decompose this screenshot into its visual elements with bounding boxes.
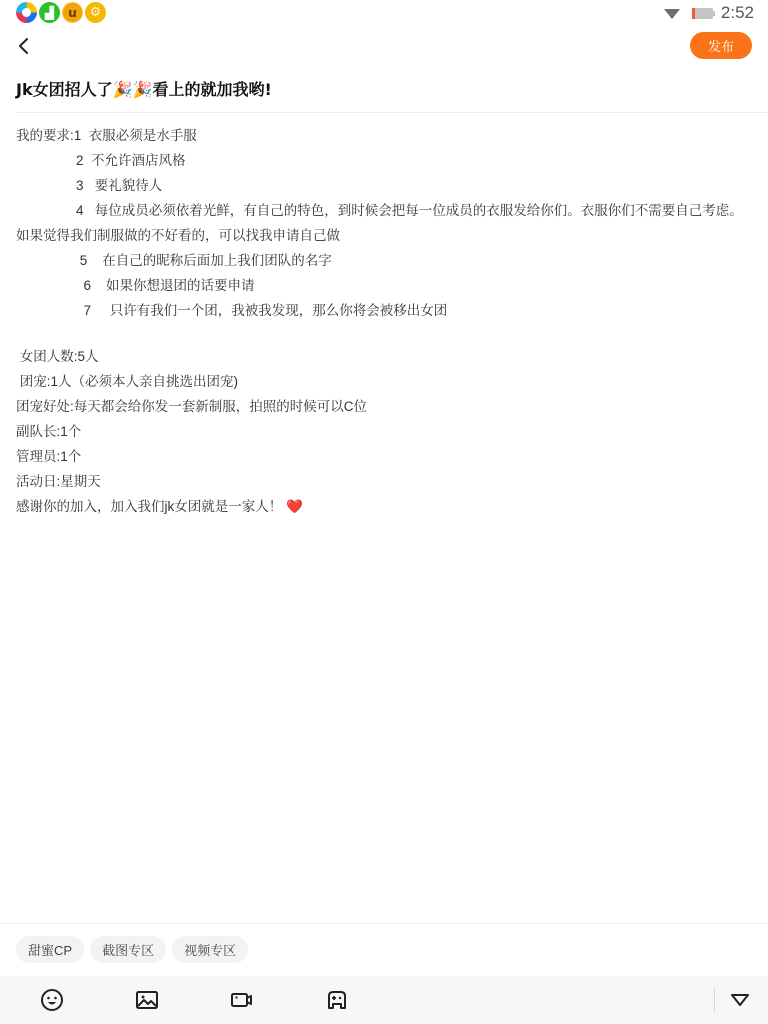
clock: 2:52 bbox=[721, 3, 754, 23]
triangle-down-icon bbox=[728, 988, 752, 1012]
closing-text: 感谢你的加入，加入我们jk女团就是一家人！ bbox=[16, 499, 282, 514]
title-divider bbox=[16, 112, 768, 113]
wifi-icon bbox=[664, 9, 680, 19]
tag-screenshot-zone[interactable]: 截图专区 bbox=[90, 936, 166, 963]
image-button[interactable] bbox=[134, 988, 160, 1012]
requirement-line: 5 在自己的昵称后面加上我们团队的名字 bbox=[16, 248, 756, 273]
post-body[interactable]: 我的要求:1 衣服必须是水手服 2 不允许酒店风格 3 要礼貌待人 4 每位成员… bbox=[16, 123, 756, 519]
tags-divider bbox=[0, 923, 768, 924]
tag-sweet-cp[interactable]: 甜蜜CP bbox=[16, 936, 84, 963]
info-line: 团宠:1人（必须本人亲自挑选出团宠) bbox=[16, 369, 756, 394]
colorful-s-app-icon bbox=[16, 2, 37, 23]
collapse-keyboard-button[interactable] bbox=[727, 988, 753, 1012]
closing-line: 感谢你的加入，加入我们jk女团就是一家人！ ❤️ bbox=[16, 494, 756, 519]
requirement-line: 6 如果你想退团的话要申请 bbox=[16, 273, 756, 298]
info-line: 女团人数:5人 bbox=[16, 344, 756, 369]
yellow-gear-app-icon: ⚙ bbox=[85, 2, 106, 23]
info-line: 团宠好处:每天都会给你发一套新制服，拍照的时候可以C位 bbox=[16, 394, 756, 419]
top-bar: 发布 bbox=[0, 30, 768, 62]
info-line: 管理员:1个 bbox=[16, 444, 756, 469]
editor-toolbar bbox=[0, 976, 768, 1024]
topic-tags: 甜蜜CP 截图专区 视频专区 bbox=[16, 936, 248, 963]
game-icon bbox=[325, 988, 349, 1012]
emoji-button[interactable] bbox=[39, 988, 65, 1012]
status-indicators: 2:52 bbox=[664, 3, 754, 23]
info-line: 活动日:星期天 bbox=[16, 469, 756, 494]
tag-video-zone[interactable]: 视频专区 bbox=[172, 936, 248, 963]
status-bar: ▟ u ⚙ 2:52 bbox=[0, 0, 768, 26]
video-button[interactable] bbox=[229, 988, 255, 1012]
green-chart-app-icon: ▟ bbox=[39, 2, 60, 23]
requirement-line: 2 不允许酒店风格 bbox=[16, 148, 756, 173]
heart-icon: ❤️ bbox=[286, 499, 303, 514]
requirement-line: 4 每位成员必须依着光鲜，有自己的特色，到时候会把每一位成员的衣服发给你们。衣服… bbox=[16, 198, 756, 248]
post-title[interactable]: Jk女团招人了🎉🎉看上的就加我哟! bbox=[16, 78, 756, 102]
video-icon bbox=[230, 988, 254, 1012]
image-icon bbox=[135, 988, 159, 1012]
blank-line bbox=[16, 323, 756, 344]
orange-u-app-icon: u bbox=[62, 2, 83, 23]
requirement-line: 3 要礼貌待人 bbox=[16, 173, 756, 198]
requirement-line: 我的要求:1 衣服必须是水手服 bbox=[16, 123, 756, 148]
publish-button[interactable]: 发布 bbox=[690, 32, 752, 59]
game-button[interactable] bbox=[324, 988, 350, 1012]
toolbar-separator bbox=[714, 988, 715, 1012]
notification-icons: ▟ u ⚙ bbox=[16, 2, 106, 23]
info-line: 副队长:1个 bbox=[16, 419, 756, 444]
requirement-line: 7 只许有我们一个团，我被我发现，那么你将会被移出女团 bbox=[16, 298, 756, 323]
battery-low-icon bbox=[692, 8, 713, 19]
chevron-left-icon bbox=[17, 37, 31, 55]
emoji-icon bbox=[40, 988, 64, 1012]
back-button[interactable] bbox=[14, 34, 34, 58]
